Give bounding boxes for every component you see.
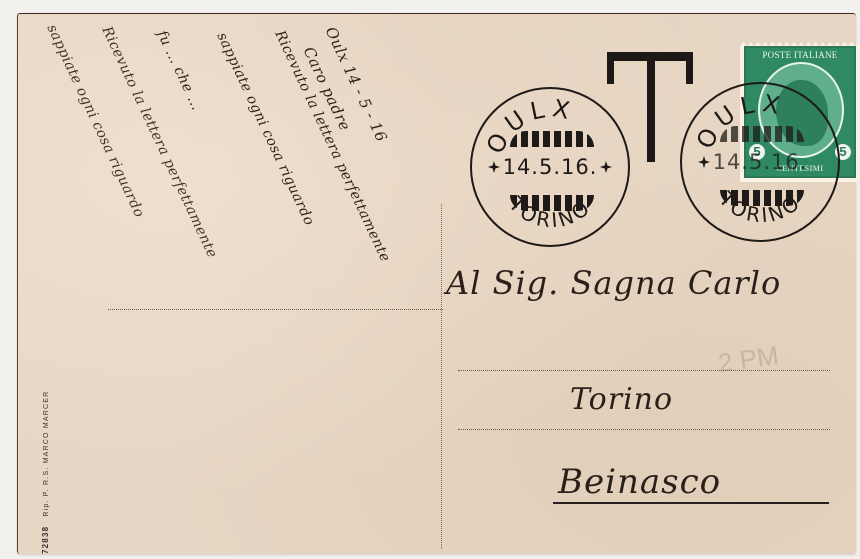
svg-text:OULX: OULX [691, 89, 788, 153]
postmark-bars-icon [510, 131, 594, 147]
imprint-number: 72838 [41, 526, 50, 554]
message-line: fu ... che ... [153, 28, 204, 113]
address-line-2 [458, 370, 830, 371]
postcard: 72838 Rip. P. R.S. MARCO MARCER Oulx 14 … [17, 13, 856, 554]
address-line-3 [458, 429, 830, 430]
postmark-top-text: OULX [691, 89, 788, 153]
postmark-bars-icon [510, 195, 594, 211]
postmark-left: OULX TORINO 14.5.16. [470, 87, 630, 247]
postmark-date: 14.5.16. [682, 150, 838, 174]
address-line-4 [553, 502, 829, 504]
svg-text:OULX: OULX [481, 94, 578, 158]
address-town: Beinasco [558, 462, 721, 502]
printer-imprint: 72838 Rip. P. R.S. MARCO MARCER [41, 391, 50, 554]
faint-transit-mark: 2 PM [716, 340, 780, 379]
address-city: Torino [570, 382, 673, 417]
address-line-1 [108, 309, 443, 310]
center-divider [441, 204, 442, 549]
postmark-top-text: OULX [481, 94, 578, 158]
message-line: sappiate ogni cosa riguardo [43, 22, 147, 220]
message-line: Ricevuto la lettera perfettamente [271, 28, 393, 265]
message-line: sappiate ogni cosa riguardo [213, 30, 317, 228]
postmark-right: OULX TORINO 14.5.16. [680, 82, 840, 242]
message-line: Ricevuto la lettera perfettamente [98, 24, 220, 261]
address-recipient: Al Sig. Sagna Carlo [446, 264, 781, 302]
postmark-bars-icon [720, 190, 804, 206]
stamp-country: POSTE ITALIANE [746, 50, 854, 60]
postmark-bars-icon [720, 126, 804, 142]
imprint-text: Rip. P. R.S. MARCO MARCER [43, 391, 50, 517]
